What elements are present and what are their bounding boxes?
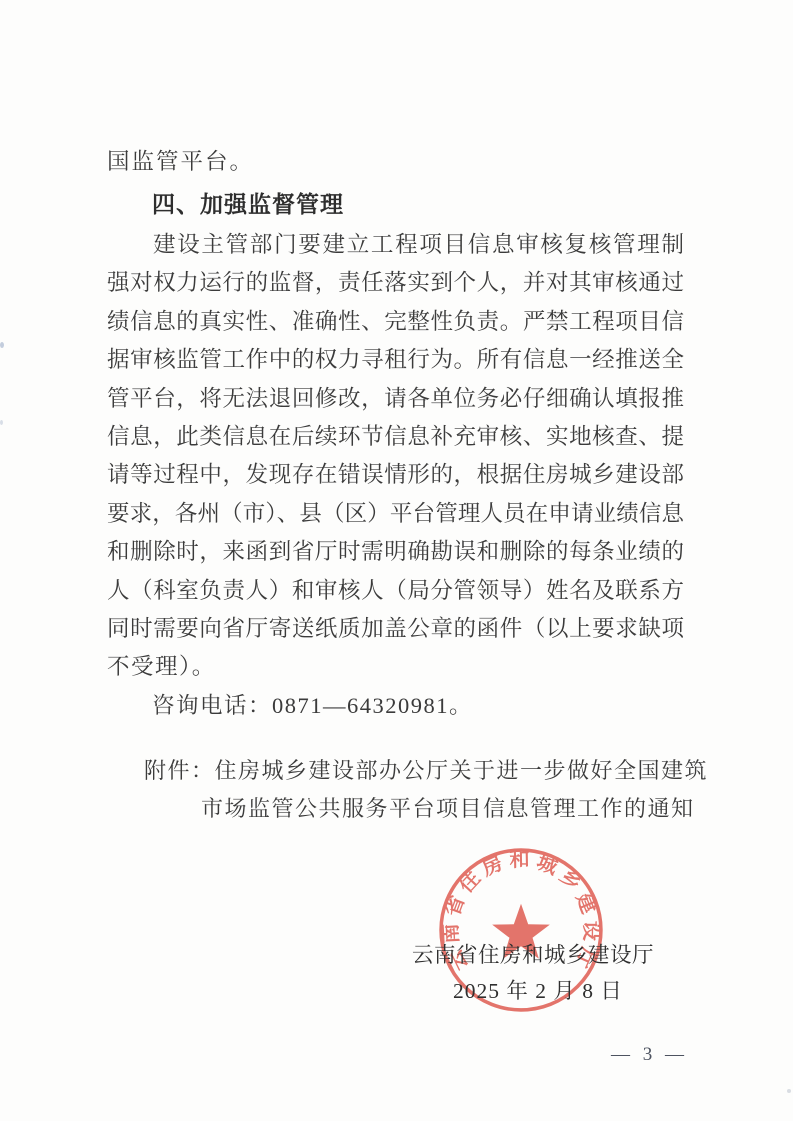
phone-line: 咨询电话：0871—64320981。 [107,687,684,725]
paragraph-line: 不受理）。 [107,648,684,686]
attachment-block: 附件：住房城乡建设部办公厅关于进一步做好全国建筑 市场监管公共服务平台项目信息管… [144,752,708,828]
scan-artifact [787,1089,791,1093]
paragraph-line: 强对权力运行的监督，责任落实到个人，并对其审核通过的业 [107,264,684,302]
page-number: — 3 — [611,1044,688,1066]
paragraph-line: 人（科室负责人）和审核人（局分管领导）姓名及联系方式， [107,572,684,610]
paragraph-line: 绩信息的真实性、准确性、完整性负责。严禁工程项目信息数 [107,303,684,341]
attachment-line-2: 市场监管公共服务平台项目信息管理工作的通知 [144,790,708,828]
paragraph-line: 建设主管部门要建立工程项目信息审核复核管理制度，加 [107,226,684,264]
paragraph-line: 要求，各州（市）、县（区）平台管理人员在申请业绩信息勘误 [107,495,684,533]
paragraph-line: 请等过程中，发现存在错误情形的，根据住房城乡建设部相关 [107,456,684,494]
section-heading: 四、加强监督管理 [152,186,344,219]
paragraph-line: 同时需要向省厅寄送纸质加盖公章的函件（以上要求缺项的概 [107,610,684,648]
paragraph-line: 和删除时，来函到省厅时需明确勘误和删除的每条业绩的经办 [107,533,684,571]
scan-artifact [0,342,4,348]
signature-issuer: 云南省住房和城乡建设厅 [412,938,654,969]
paragraph-line: 信息，此类信息在后续环节信息补充审核、实地核查、提级申 [107,418,684,456]
attachment-line-1: 附件：住房城乡建设部办公厅关于进一步做好全国建筑 [144,752,708,790]
scan-artifact [0,420,3,425]
paragraph-line: 据审核监管工作中的权力寻租行为。所有信息一经推送全国监 [107,341,684,379]
document-page: 国监管平台。 四、加强监督管理 建设主管部门要建立工程项目信息审核复核管理制度，… [0,0,793,1121]
paragraph-line: 管平台，将无法退回修改，请各单位务必仔细确认填报推送的 [107,380,684,418]
carryover-line: 国监管平台。 [107,144,254,176]
body-paragraph: 建设主管部门要建立工程项目信息审核复核管理制度，加 强对权力运行的监督，责任落实… [107,226,684,725]
signature-date: 2025 年 2 月 8 日 [453,974,623,1005]
